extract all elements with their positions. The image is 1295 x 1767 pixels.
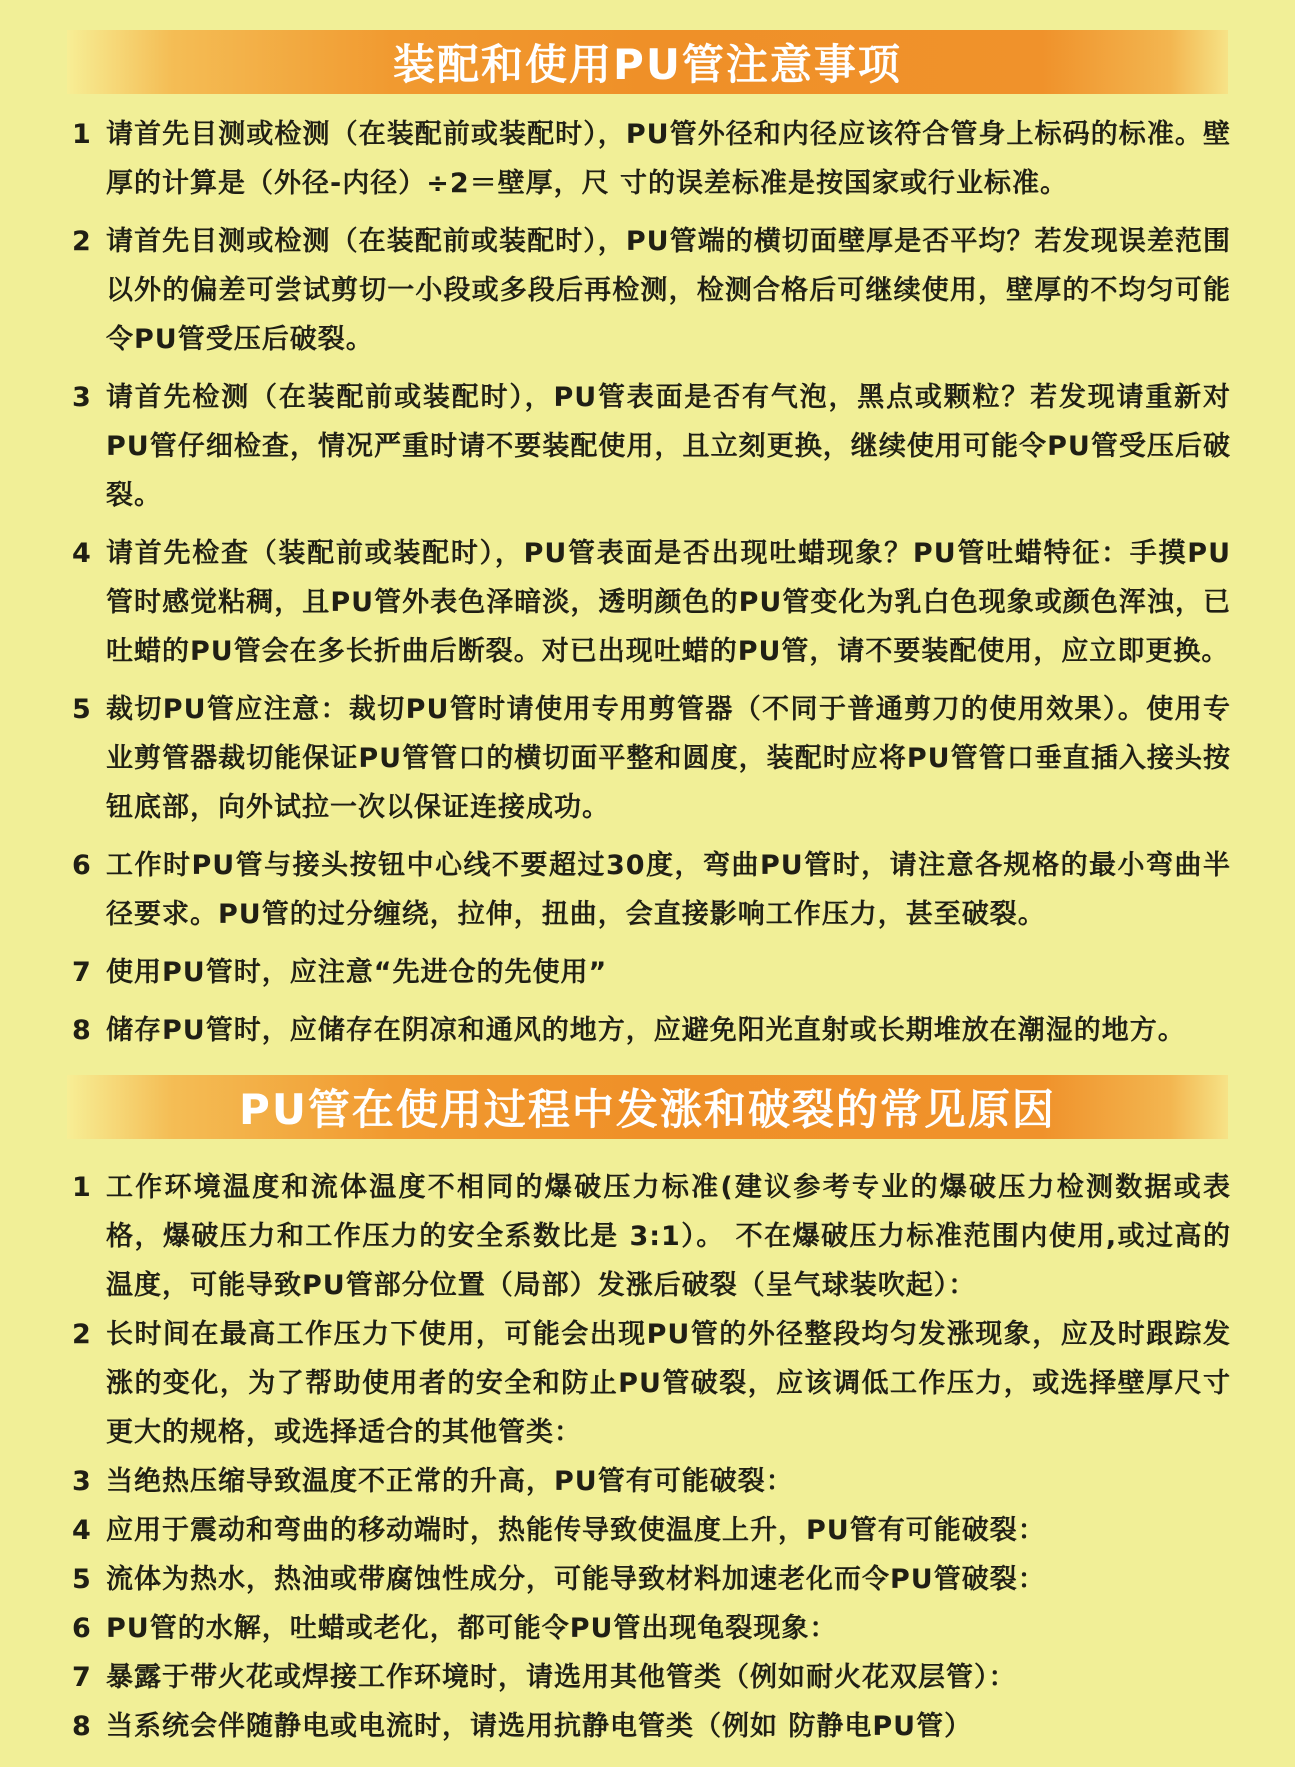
list-item: 4 请首先检查（装配前或装配时），PU管表面是否出现吐蜡现象？PU管吐蜡特征：手… (72, 529, 1231, 676)
item-number: 7 (72, 1653, 106, 1702)
item-number: 4 (72, 529, 106, 676)
item-number: 5 (72, 685, 106, 832)
item-text: 裁切PU管应注意：裁切PU管时请使用专用剪管器（不同于普通剪刀的使用效果）。使用… (106, 685, 1231, 832)
item-number: 1 (72, 110, 106, 208)
section1-banner: 装配和使用PU管注意事项 (67, 30, 1228, 94)
section1-title: 装配和使用PU管注意事项 (393, 32, 902, 92)
item-number: 6 (72, 841, 106, 939)
list-item: 7 使用PU管时，应注意“先进仓的先使用” (72, 948, 1231, 997)
item-number: 8 (72, 1702, 106, 1751)
item-text: 暴露于带火花或焊接工作环境时，请选用其他管类（例如耐火花双层管）： (106, 1653, 1231, 1702)
list-item: 8 当系统会伴随静电或电流时，请选用抗静电管类（例如 防静电PU管） (72, 1702, 1231, 1751)
item-text: 长时间在最高工作压力下使用，可能会出现PU管的外径整段均匀发涨现象，应及时跟踪发… (106, 1310, 1231, 1457)
section2-title: PU管在使用过程中发涨和破裂的常见原因 (239, 1077, 1056, 1137)
list-item: 4 应用于震动和弯曲的移动端时，热能传导致使温度上升，PU管有可能破裂： (72, 1506, 1231, 1555)
item-text: 请首先检测（在装配前或装配时），PU管表面是否有气泡，黑点或颗粒？若发现请重新对… (106, 373, 1231, 520)
item-text: 当绝热压缩导致温度不正常的升高，PU管有可能破裂： (106, 1457, 1231, 1506)
item-text: 工作时PU管与接头按钮中心线不要超过30度，弯曲PU管时，请注意各规格的最小弯曲… (106, 841, 1231, 939)
item-number: 2 (72, 217, 106, 364)
list-item: 5 流体为热水，热油或带腐蚀性成分，可能导致材料加速老化而令PU管破裂： (72, 1555, 1231, 1604)
item-text: 请首先目测或检测（在装配前或装配时），PU管端的横切面壁厚是否平均？若发现误差范… (106, 217, 1231, 364)
item-text: 工作环境温度和流体温度不相同的爆破压力标准(建议参考专业的爆破压力检测数据或表格… (106, 1163, 1231, 1310)
item-number: 3 (72, 1457, 106, 1506)
list-item: 1 请首先目测或检测（在装配前或装配时），PU管外径和内径应该符合管身上标码的标… (72, 110, 1231, 208)
section2-list: 1 工作环境温度和流体温度不相同的爆破压力标准(建议参考专业的爆破压力检测数据或… (72, 1163, 1231, 1751)
item-text: 请首先目测或检测（在装配前或装配时），PU管外径和内径应该符合管身上标码的标准。… (106, 110, 1231, 208)
item-text: 流体为热水，热油或带腐蚀性成分，可能导致材料加速老化而令PU管破裂： (106, 1555, 1231, 1604)
item-number: 6 (72, 1604, 106, 1653)
list-item: 3 请首先检测（在装配前或装配时），PU管表面是否有气泡，黑点或颗粒？若发现请重… (72, 373, 1231, 520)
list-item: 3 当绝热压缩导致温度不正常的升高，PU管有可能破裂： (72, 1457, 1231, 1506)
list-item: 8 储存PU管时，应储存在阴凉和通风的地方，应避免阳光直射或长期堆放在潮湿的地方… (72, 1006, 1231, 1055)
list-item: 1 工作环境温度和流体温度不相同的爆破压力标准(建议参考专业的爆破压力检测数据或… (72, 1163, 1231, 1310)
item-number: 8 (72, 1006, 106, 1055)
item-number: 4 (72, 1506, 106, 1555)
item-text: 使用PU管时，应注意“先进仓的先使用” (106, 948, 1231, 997)
list-item: 2 长时间在最高工作压力下使用，可能会出现PU管的外径整段均匀发涨现象，应及时跟… (72, 1310, 1231, 1457)
item-text: 应用于震动和弯曲的移动端时，热能传导致使温度上升，PU管有可能破裂： (106, 1506, 1231, 1555)
item-number: 1 (72, 1163, 106, 1310)
list-item: 5 裁切PU管应注意：裁切PU管时请使用专用剪管器（不同于普通剪刀的使用效果）。… (72, 685, 1231, 832)
item-text: PU管的水解，吐蜡或老化，都可能令PU管出现龟裂现象： (106, 1604, 1231, 1653)
item-number: 7 (72, 948, 106, 997)
item-text: 储存PU管时，应储存在阴凉和通风的地方，应避免阳光直射或长期堆放在潮湿的地方。 (106, 1006, 1231, 1055)
item-number: 5 (72, 1555, 106, 1604)
item-number: 2 (72, 1310, 106, 1457)
instruction-page: 装配和使用PU管注意事项 1 请首先目测或检测（在装配前或装配时），PU管外径和… (0, 0, 1295, 1767)
item-text: 请首先检查（装配前或装配时），PU管表面是否出现吐蜡现象？PU管吐蜡特征：手摸P… (106, 529, 1231, 676)
section2-banner: PU管在使用过程中发涨和破裂的常见原因 (67, 1075, 1228, 1139)
list-item: 2 请首先目测或检测（在装配前或装配时），PU管端的横切面壁厚是否平均？若发现误… (72, 217, 1231, 364)
list-item: 7 暴露于带火花或焊接工作环境时，请选用其他管类（例如耐火花双层管）： (72, 1653, 1231, 1702)
item-text: 当系统会伴随静电或电流时，请选用抗静电管类（例如 防静电PU管） (106, 1702, 1231, 1751)
item-number: 3 (72, 373, 106, 520)
list-item: 6 PU管的水解，吐蜡或老化，都可能令PU管出现龟裂现象： (72, 1604, 1231, 1653)
list-item: 6 工作时PU管与接头按钮中心线不要超过30度，弯曲PU管时，请注意各规格的最小… (72, 841, 1231, 939)
section1-list: 1 请首先目测或检测（在装配前或装配时），PU管外径和内径应该符合管身上标码的标… (72, 110, 1231, 1055)
